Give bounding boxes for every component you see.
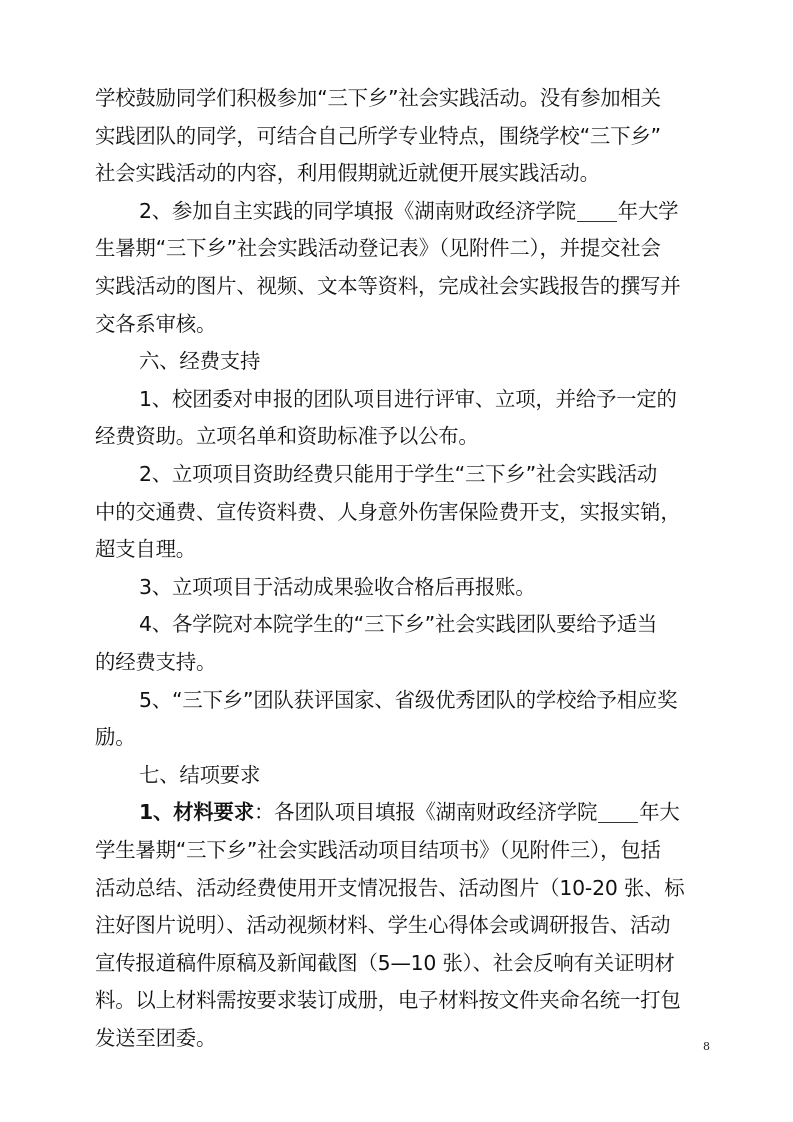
paragraph-line: 2、立项项目资助经费只能用于学生“三下乡”社会实践活动 (95, 454, 657, 494)
section-heading-7: 七、结项要求 (95, 755, 260, 795)
page-number: 8 (703, 1040, 710, 1053)
line-text: 年大学 (618, 199, 679, 223)
material-requirement-label: 1、材料要求 (139, 800, 254, 824)
paragraph-line: 2、参加自主实践的同学填报《湖南财政经济学院年大学 (95, 191, 678, 231)
paragraph-line: 1、校团委对申报的团队项目进行评审、立项，并给予一定的 (95, 379, 677, 419)
paragraph-line: 超支自理。 (95, 529, 196, 569)
paragraph-line: 中的交通费、宣传资料费、人身意外伤害保险费开支，实报实销， (95, 492, 681, 532)
section-heading-6: 六、经费支持 (95, 341, 260, 381)
paragraph-line: 宣传报道稿件原稿及新闻截图（5—10 张）、社会反响有关证明材 (95, 943, 675, 983)
paragraph-line: 活动总结、活动经费使用开支情况报告、活动图片（10-20 张、标 (95, 868, 685, 908)
year-blank (598, 800, 638, 823)
paragraph-line: 交各系审核。 (95, 304, 216, 344)
line-text: 年大 (639, 800, 679, 824)
paragraph-line: 实践团队的同学，可结合自己所学专业特点，围绕学校“三下乡” (95, 116, 661, 156)
paragraph-line: 料。以上材料需按要求装订成册，电子材料按文件夹命名统一打包 (95, 980, 681, 1020)
paragraph-line: 学校鼓励同学们积极参加“三下乡”社会实践活动。没有参加相关 (95, 78, 661, 118)
paragraph-line: 励。 (95, 717, 135, 757)
paragraph-line: 5、“三下乡”团队获评国家、省级优秀团队的学校给予相应奖 (95, 680, 677, 720)
paragraph-line: 的经费支持。 (95, 642, 216, 682)
paragraph-line: 社会实践活动的内容，利用假期就近就便开展实践活动。 (95, 153, 600, 193)
paragraph-line: 1、材料要求：各团队项目填报《湖南财政经济学院年大 (95, 792, 680, 832)
paragraph-line: 发送至团委。 (95, 1018, 216, 1058)
paragraph-line: 经费资助。立项名单和资助标准予以公布。 (95, 416, 479, 456)
paragraph-line: 实践活动的图片、视频、文本等资料，完成社会实践报告的撰写并 (95, 266, 681, 306)
paragraph-line: 4、各学院对本院学生的“三下乡”社会实践团队要给予适当 (95, 604, 657, 644)
line-text: ：各团队项目填报《湖南财政经济学院 (254, 800, 597, 824)
paragraph-line: 3、立项项目于活动成果验收合格后再报账。 (95, 567, 535, 607)
paragraph-line: 生暑期“三下乡”社会实践活动登记表》（见附件二），并提交社会 (95, 228, 661, 268)
year-blank (577, 199, 617, 222)
paragraph-line: 注好图片说明）、活动视频材料、学生心得体会或调研报告、活动 (95, 905, 670, 945)
line-text: 2、参加自主实践的同学填报《湖南财政经济学院 (139, 199, 576, 223)
paragraph-line: 学生暑期“三下乡”社会实践活动项目结项书》（见附件三），包括 (95, 830, 661, 870)
